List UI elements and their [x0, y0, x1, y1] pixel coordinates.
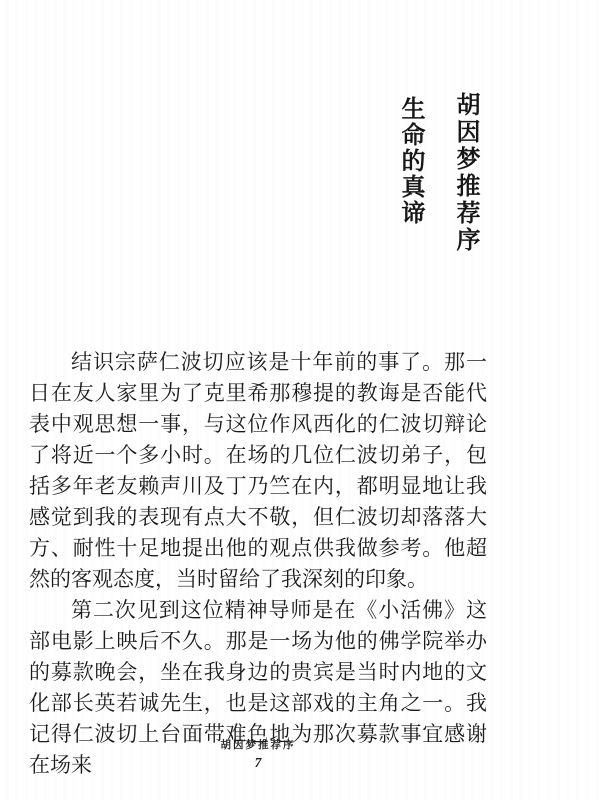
paragraph-2: 第二次见到这位精神导师是在《小活佛》这部电影上映后不久。那是一场为他的佛学院举办…: [29, 595, 487, 781]
chapter-title-sub-column: 生命的真谛: [394, 96, 429, 226]
paragraph-1: 结识宗萨仁波切应该是十年前的事了。那一日在友人家里为了克里希那穆提的教诲是否能代…: [29, 347, 487, 595]
body-text: 结识宗萨仁波切应该是十年前的事了。那一日在友人家里为了克里希那穆提的教诲是否能代…: [29, 347, 487, 781]
page-number: 7: [29, 755, 487, 771]
book-page: 胡因梦推荐序 生命的真谛 结识宗萨仁波切应该是十年前的事了。那一日在友人家里为了…: [0, 0, 600, 800]
running-title: 胡因梦推荐序: [29, 737, 487, 752]
chapter-title-main-column: 胡因梦推荐序: [449, 92, 484, 254]
